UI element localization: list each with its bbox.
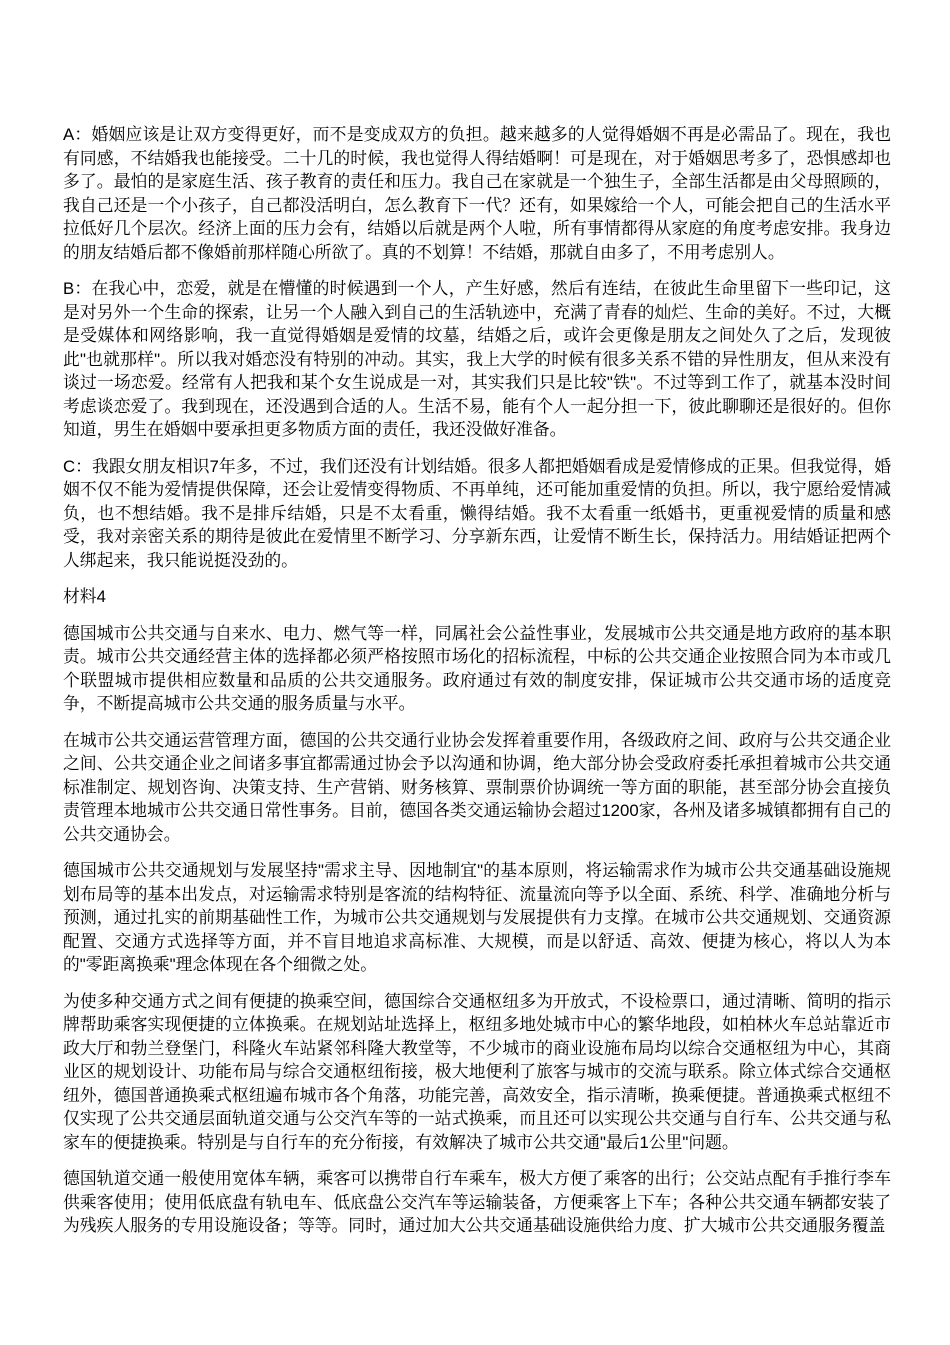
speaker-b-paragraph: B：在我心中，恋爱，就是在懵懂的时候遇到一个人，产生好感，然后有连结，在彼此生命…	[63, 277, 891, 442]
material-4-p5: 德国轨道交通一般使用宽体车辆，乘客可以携带自行车乘车，极大方便了乘客的出行；公交…	[63, 1167, 891, 1238]
page: { "page": { "background": "#ffffff", "te…	[0, 0, 950, 1345]
material-4-p4: 为使多种交通方式之间有便捷的换乘空间，德国综合交通枢纽多为开放式，不设检票口，通…	[63, 990, 891, 1155]
material-4-p3: 德国城市公共交通规划与发展坚持"需求主导、因地制宜"的基本原则，将运输需求作为城…	[63, 859, 891, 977]
material-4-p1: 德国城市公共交通与自来水、电力、燃气等一样，同属社会公益性事业，发展城市公共交通…	[63, 622, 891, 716]
speaker-a-paragraph: A：婚姻应该是让双方变得更好，而不是变成双方的负担。越来越多的人觉得婚姻不再是必…	[63, 123, 891, 264]
speaker-c-paragraph: C：我跟女朋友相识7年多，不过，我们还没有计划结婚。很多人都把婚姻看成是爱情修成…	[63, 455, 891, 573]
document-body: A：婚姻应该是让双方变得更好，而不是变成双方的负担。越来越多的人觉得婚姻不再是必…	[63, 123, 891, 1251]
material-4-p2: 在城市公共交通运营管理方面，德国的公共交通行业协会发挥着重要作用，各级政府之间、…	[63, 729, 891, 847]
material-4-heading: 材料4	[63, 585, 891, 609]
